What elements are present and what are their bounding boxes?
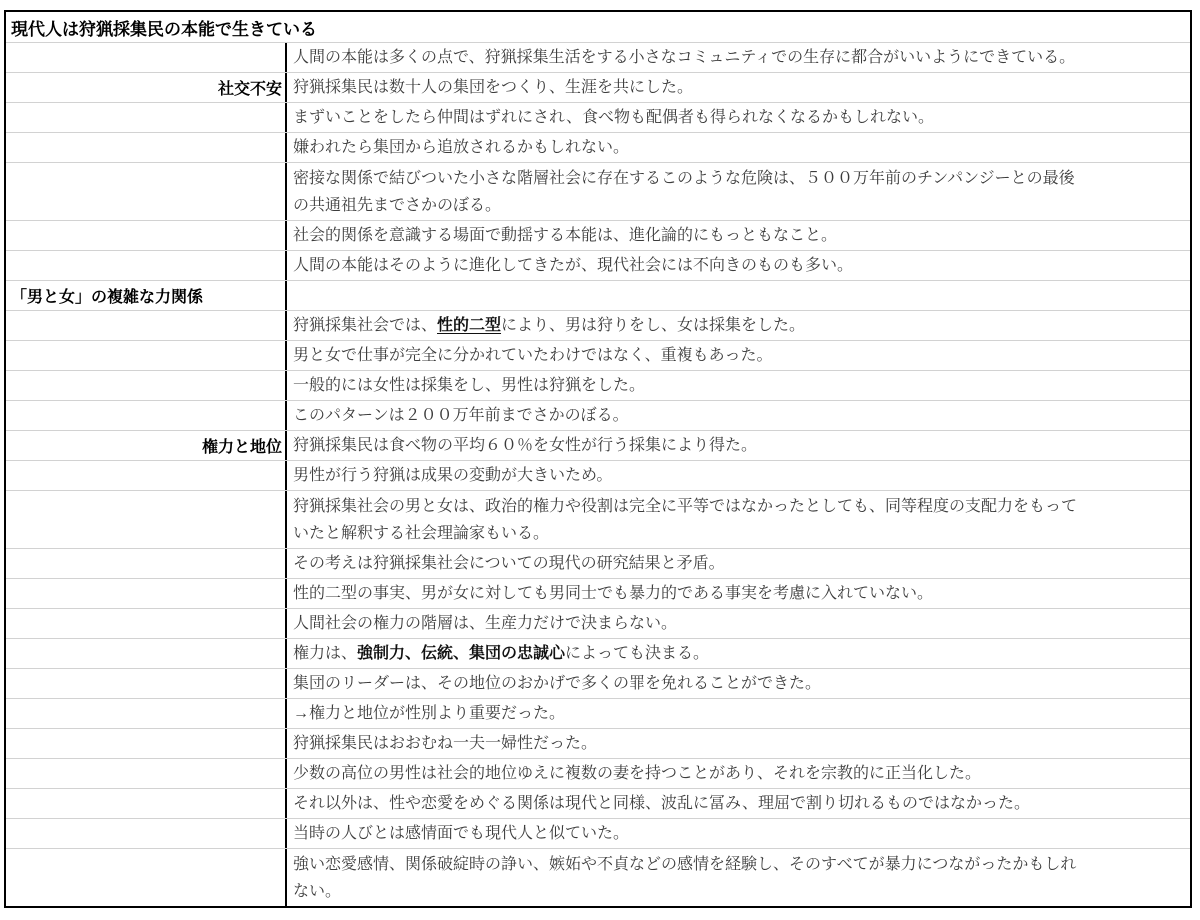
row-text-cell: →権力と地位が性別より重要だった。	[287, 699, 1190, 728]
row-text: 権力は、強制力、伝統、集団の忠誠心によっても決まる。	[293, 640, 709, 667]
table-row: 権力は、強制力、伝統、集団の忠誠心によっても決まる。	[6, 638, 1190, 668]
row-text-cell	[287, 281, 1190, 310]
table-row: 「男と女」の複雑な力関係	[6, 280, 1190, 310]
row-label-cell: 「男と女」の複雑な力関係	[6, 281, 287, 310]
row-text-cell: 当時の人びとは感情面でも現代人と似ていた。	[287, 819, 1190, 848]
row-label-cell	[6, 251, 287, 280]
row-text-cell: 集団のリーダーは、その地位のおかげで多くの罪を免れることができた。	[287, 669, 1190, 698]
row-text-cell: 人間の本能はそのように進化してきたが、現代社会には不向きのものも多い。	[287, 251, 1190, 280]
row-text-cell: 密接な関係で結びついた小さな階層社会に存在するこのような危険は、５００万年前のチ…	[287, 163, 1190, 220]
row-label-cell	[6, 221, 287, 250]
table-body: 人間の本能は多くの点で、狩猟採集生活をする小さなコミュニティでの生存に都合がいい…	[6, 42, 1190, 906]
text-segment: このパターンは２００万年前までさかのぼる。	[293, 407, 629, 424]
row-text: →権力と地位が性別より重要だった。	[293, 700, 565, 727]
row-label-cell	[6, 401, 287, 430]
text-segment: 当時の人びとは感情面でも現代人と似ていた。	[293, 825, 629, 842]
text-segment: 男と女で仕事が完全に分かれていたわけではなく、重複もあった。	[293, 347, 773, 364]
row-label-cell: 権力と地位	[6, 431, 287, 460]
table-row: 一般的には女性は採集をし、男性は狩猟をした。	[6, 370, 1190, 400]
row-text-cell: 男と女で仕事が完全に分かれていたわけではなく、重複もあった。	[287, 341, 1190, 370]
row-text: 当時の人びとは感情面でも現代人と似ていた。	[293, 820, 629, 847]
table-row: 人間社会の権力の階層は、生産力だけで決まらない。	[6, 608, 1190, 638]
row-text: 密接な関係で結びついた小さな階層社会に存在するこのような危険は、５００万年前のチ…	[293, 165, 1075, 219]
row-text: 性的二型の事実、男が女に対しても男同士でも暴力的である事実を考慮に入れていない。	[293, 580, 933, 607]
row-text: 狩猟採集民は数十人の集団をつくり、生涯を共にした。	[293, 74, 693, 101]
row-text: 狩猟採集社会の男と女は、政治的権力や役割は完全に平等ではなかったとしても、同等程…	[293, 493, 1077, 547]
table-row: その考えは狩猟採集社会についての現代の研究結果と矛盾。	[6, 548, 1190, 578]
text-segment: 狩猟採集民は数十人の集団をつくり、生涯を共にした。	[293, 79, 693, 96]
row-label-cell	[6, 609, 287, 638]
table-row: 権力と地位狩猟採集民は食べ物の平均６０％を女性が行う採集により得た。	[6, 430, 1190, 460]
text-segment: 狩猟採集社会では、	[293, 317, 437, 334]
row-text-cell: 狩猟採集社会の男と女は、政治的権力や役割は完全に平等ではなかったとしても、同等程…	[287, 491, 1190, 548]
table-row: 性的二型の事実、男が女に対しても男同士でも暴力的である事実を考慮に入れていない。	[6, 578, 1190, 608]
text-segment: それ以外は、性や恋愛をめぐる関係は現代と同様、波乱に冨み、理屈で割り切れるもので…	[293, 795, 1030, 812]
row-label-cell	[6, 43, 287, 72]
text-segment: その考えは狩猟採集社会についての現代の研究結果と矛盾。	[293, 555, 725, 572]
table-row: 強い恋愛感情、関係破綻時の諍い、嫉妬や不貞などの感情を経験し、そのすべてが暴力に…	[6, 848, 1190, 906]
table-row: 当時の人びとは感情面でも現代人と似ていた。	[6, 818, 1190, 848]
table-row: まずいことをしたら仲間はずれにされ、食べ物も配偶者も得られなくなるかもしれない。	[6, 102, 1190, 132]
row-label-cell	[6, 789, 287, 818]
row-text-cell: 社会的関係を意識する場面で動揺する本能は、進化論的にもっともなこと。	[287, 221, 1190, 250]
row-text-cell: 人間社会の権力の階層は、生産力だけで決まらない。	[287, 609, 1190, 638]
text-segment: 男性が行う狩猟は成果の変動が大きいため。	[293, 467, 612, 484]
text-segment: 集団のリーダーは、その地位のおかげで多くの罪を免れることができた。	[293, 675, 821, 692]
table-row: 狩猟採集社会では、性的二型により、男は狩りをし、女は採集をした。	[6, 310, 1190, 340]
table-title: 現代人は狩猟採集民の本能で生きている	[6, 15, 317, 40]
row-text: 一般的には女性は採集をし、男性は狩猟をした。	[293, 372, 645, 399]
row-text-cell: 性的二型の事実、男が女に対しても男同士でも暴力的である事実を考慮に入れていない。	[287, 579, 1190, 608]
text-segment: 狩猟採集民はおおむね一夫一婦性だった。	[293, 735, 597, 752]
row-text: 狩猟採集社会では、性的二型により、男は狩りをし、女は採集をした。	[293, 312, 805, 339]
table-row: 男と女で仕事が完全に分かれていたわけではなく、重複もあった。	[6, 340, 1190, 370]
table-row: 少数の高位の男性は社会的地位ゆえに複数の妻を持つことがあり、それを宗教的に正当化…	[6, 758, 1190, 788]
table-row: 人間の本能は多くの点で、狩猟採集生活をする小さなコミュニティでの生存に都合がいい…	[6, 42, 1190, 72]
row-text: 社会的関係を意識する場面で動揺する本能は、進化論的にもっともなこと。	[293, 222, 837, 249]
row-text-cell: その考えは狩猟採集社会についての現代の研究結果と矛盾。	[287, 549, 1190, 578]
row-label-cell	[6, 669, 287, 698]
row-text-cell: 人間の本能は多くの点で、狩猟採集生活をする小さなコミュニティでの生存に都合がいい…	[287, 43, 1190, 72]
row-label-cell	[6, 491, 287, 548]
table-row: 狩猟採集民はおおむね一夫一婦性だった。	[6, 728, 1190, 758]
row-text: 人間の本能は多くの点で、狩猟採集生活をする小さなコミュニティでの生存に都合がいい…	[293, 44, 1075, 71]
row-text-cell: それ以外は、性や恋愛をめぐる関係は現代と同様、波乱に冨み、理屈で割り切れるもので…	[287, 789, 1190, 818]
table-row: このパターンは２００万年前までさかのぼる。	[6, 400, 1190, 430]
text-segment: 人間の本能は多くの点で、狩猟採集生活をする小さなコミュニティでの生存に都合がいい…	[293, 49, 1075, 66]
text-segment: 強い恋愛感情、関係破綻時の諍い、嫉妬や不貞などの感情を経験し、そのすべてが暴力に…	[293, 856, 1076, 900]
text-segment: 狩猟採集民は食べ物の平均６０％を女性が行う採集により得た。	[293, 437, 757, 454]
row-text-cell: 嫌われたら集団から追放されるかもしれない。	[287, 133, 1190, 162]
row-text: まずいことをしたら仲間はずれにされ、食べ物も配偶者も得られなくなるかもしれない。	[293, 104, 934, 131]
text-segment: 一般的には女性は採集をし、男性は狩猟をした。	[293, 377, 645, 394]
row-label: 権力と地位	[202, 434, 282, 457]
row-text: 人間の本能はそのように進化してきたが、現代社会には不向きのものも多い。	[293, 252, 853, 279]
row-label-cell	[6, 311, 287, 340]
row-text-cell: 少数の高位の男性は社会的地位ゆえに複数の妻を持つことがあり、それを宗教的に正当化…	[287, 759, 1190, 788]
table-row: 人間の本能はそのように進化してきたが、現代社会には不向きのものも多い。	[6, 250, 1190, 280]
text-segment: によっても決まる。	[565, 645, 709, 662]
text-segment: 少数の高位の男性は社会的地位ゆえに複数の妻を持つことがあり、それを宗教的に正当化…	[293, 765, 981, 782]
row-label-cell	[6, 341, 287, 370]
row-text: このパターンは２００万年前までさかのぼる。	[293, 402, 629, 429]
table-row: 男性が行う狩猟は成果の変動が大きいため。	[6, 460, 1190, 490]
row-text-cell: まずいことをしたら仲間はずれにされ、食べ物も配偶者も得られなくなるかもしれない。	[287, 103, 1190, 132]
row-text: それ以外は、性や恋愛をめぐる関係は現代と同様、波乱に冨み、理屈で割り切れるもので…	[293, 790, 1030, 817]
row-label-cell	[6, 549, 287, 578]
row-label-cell	[6, 103, 287, 132]
row-text-cell: 権力は、強制力、伝統、集団の忠誠心によっても決まる。	[287, 639, 1190, 668]
text-segment: まずいことをしたら仲間はずれにされ、食べ物も配偶者も得られなくなるかもしれない。	[293, 109, 934, 126]
row-text-cell: 強い恋愛感情、関係破綻時の諍い、嫉妬や不貞などの感情を経験し、そのすべてが暴力に…	[287, 849, 1190, 906]
row-label-cell: 社交不安	[6, 73, 287, 102]
row-label-cell	[6, 133, 287, 162]
text-segment: →権力と地位が性別より重要だった。	[293, 705, 565, 722]
table-row: 嫌われたら集団から追放されるかもしれない。	[6, 132, 1190, 162]
row-label-cell	[6, 759, 287, 788]
text-segment: 人間社会の権力の階層は、生産力だけで決まらない。	[293, 615, 677, 632]
text-segment: 狩猟採集社会の男と女は、政治的権力や役割は完全に平等ではなかったとしても、同等程…	[293, 498, 1077, 542]
row-label-cell	[6, 371, 287, 400]
row-label: 社交不安	[218, 76, 282, 99]
row-text-cell: 男性が行う狩猟は成果の変動が大きいため。	[287, 461, 1190, 490]
row-label-cell	[6, 163, 287, 220]
table-row: →権力と地位が性別より重要だった。	[6, 698, 1190, 728]
table-row: 社会的関係を意識する場面で動揺する本能は、進化論的にもっともなこと。	[6, 220, 1190, 250]
text-segment: 権力は、	[293, 645, 357, 662]
row-label-cell	[6, 729, 287, 758]
text-segment: 嫌われたら集団から追放されるかもしれない。	[293, 139, 629, 156]
text-segment: 人間の本能はそのように進化してきたが、現代社会には不向きのものも多い。	[293, 257, 853, 274]
row-text: 男と女で仕事が完全に分かれていたわけではなく、重複もあった。	[293, 342, 773, 369]
row-text-cell: 狩猟採集民はおおむね一夫一婦性だった。	[287, 729, 1190, 758]
row-text-cell: 狩猟採集民は食べ物の平均６０％を女性が行う採集により得た。	[287, 431, 1190, 460]
row-label: 「男と女」の複雑な力関係	[11, 284, 203, 307]
row-label-cell	[6, 579, 287, 608]
row-text: 嫌われたら集団から追放されるかもしれない。	[293, 134, 629, 161]
row-text: 集団のリーダーは、その地位のおかげで多くの罪を免れることができた。	[293, 670, 821, 697]
row-text: 人間社会の権力の階層は、生産力だけで決まらない。	[293, 610, 677, 637]
row-label-cell	[6, 461, 287, 490]
row-text: 男性が行う狩猟は成果の変動が大きいため。	[293, 462, 612, 489]
row-label-cell	[6, 819, 287, 848]
row-text-cell: このパターンは２００万年前までさかのぼる。	[287, 401, 1190, 430]
row-text: その考えは狩猟採集社会についての現代の研究結果と矛盾。	[293, 550, 725, 577]
row-text-cell: 一般的には女性は採集をし、男性は狩猟をした。	[287, 371, 1190, 400]
table-row: 狩猟採集社会の男と女は、政治的権力や役割は完全に平等ではなかったとしても、同等程…	[6, 490, 1190, 548]
text-segment: 性的二型の事実、男が女に対しても男同士でも暴力的である事実を考慮に入れていない。	[293, 585, 933, 602]
row-label-cell	[6, 849, 287, 906]
table-row: それ以外は、性や恋愛をめぐる関係は現代と同様、波乱に冨み、理屈で割り切れるもので…	[6, 788, 1190, 818]
row-text: 狩猟採集民はおおむね一夫一婦性だった。	[293, 730, 597, 757]
table-row: 集団のリーダーは、その地位のおかげで多くの罪を免れることができた。	[6, 668, 1190, 698]
text-segment: 社会的関係を意識する場面で動揺する本能は、進化論的にもっともなこと。	[293, 227, 837, 244]
row-label-cell	[6, 699, 287, 728]
row-label-cell	[6, 639, 287, 668]
emphasized-text: 性的二型	[437, 317, 501, 334]
emphasized-text: 強制力、伝統、集団の忠誠心	[357, 645, 565, 662]
row-text: 強い恋愛感情、関係破綻時の諍い、嫉妬や不貞などの感情を経験し、そのすべてが暴力に…	[293, 851, 1076, 905]
row-text: 少数の高位の男性は社会的地位ゆえに複数の妻を持つことがあり、それを宗教的に正当化…	[293, 760, 981, 787]
row-text-cell: 狩猟採集民は数十人の集団をつくり、生涯を共にした。	[287, 73, 1190, 102]
text-segment: により、男は狩りをし、女は採集をした。	[501, 317, 805, 334]
notes-table: 現代人は狩猟採集民の本能で生きている 人間の本能は多くの点で、狩猟採集生活をする…	[4, 10, 1192, 908]
table-row: 密接な関係で結びついた小さな階層社会に存在するこのような危険は、５００万年前のチ…	[6, 162, 1190, 220]
table-title-row: 現代人は狩猟採集民の本能で生きている	[6, 12, 1190, 42]
row-text: 狩猟採集民は食べ物の平均６０％を女性が行う採集により得た。	[293, 432, 757, 459]
text-segment: 密接な関係で結びついた小さな階層社会に存在するこのような危険は、５００万年前のチ…	[293, 170, 1075, 214]
table-row: 社交不安狩猟採集民は数十人の集団をつくり、生涯を共にした。	[6, 72, 1190, 102]
row-text-cell: 狩猟採集社会では、性的二型により、男は狩りをし、女は採集をした。	[287, 311, 1190, 340]
